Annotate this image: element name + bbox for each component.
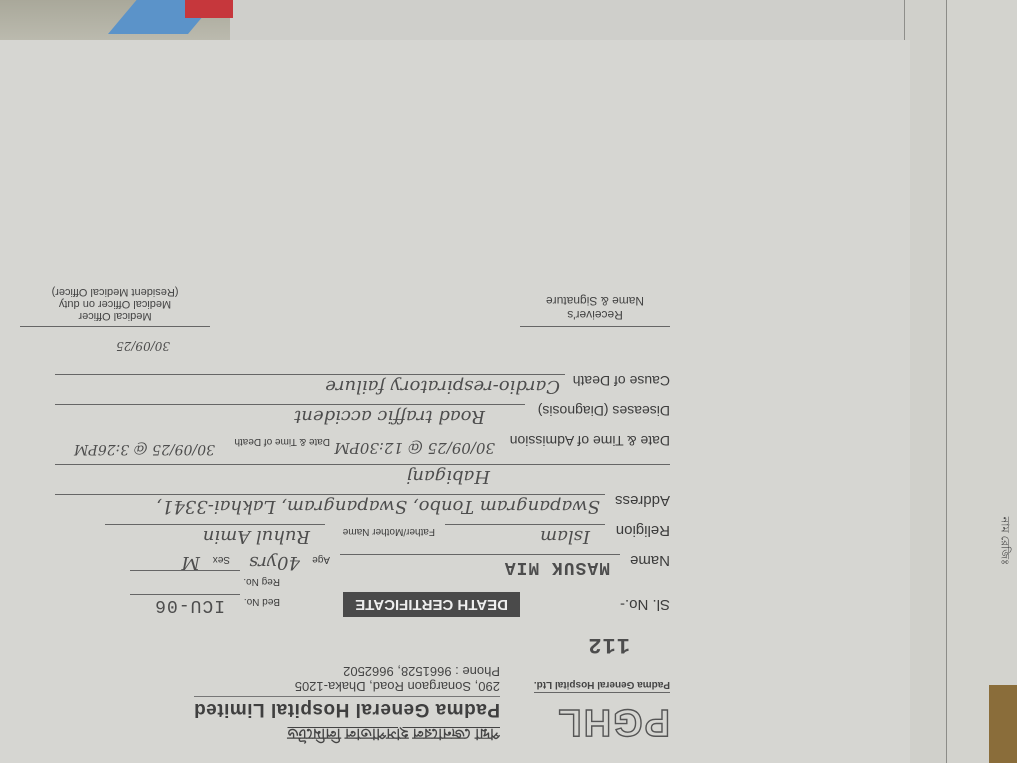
hospital-name-bangla: পদ্মা জেনারেল হাসপাতাল লিমিটেড [194,720,500,745]
serial-value: 112 [587,632,630,657]
address-line-2 [55,464,670,485]
receiver-name-signature-label: Name & Signature [520,294,670,308]
rotated-sheet: PGHL Padma General Hospital Ltd. পদ্মা জ… [0,40,910,763]
admission-label: Date & Time of Admission [510,433,670,449]
address-row: Address Swapangram Tonbo, Swapangram, La… [10,487,670,517]
address-label: Address [615,492,670,509]
logo-subtitle: Padma General Hospital Ltd. [534,679,670,693]
receiver-signature: Receiver's Name & Signature [520,294,670,327]
diagnosis-value: Road traffic accident [294,406,485,427]
death-time-label: Date & Time of Death [234,436,330,447]
diagnosis-row: Diseases (Diagnosis) Road traffic accide… [10,397,670,427]
sex-value: M [182,552,200,573]
reg-no-line [130,570,240,591]
medical-officer-signature: Medical Officer Medical Officer on duty … [20,286,210,327]
father-mother-value: Ruhul Amin [203,526,310,547]
death-certificate-paper: PGHL Padma General Hospital Ltd. পদ্মা জ… [0,40,910,763]
reg-no-label: Reg No. [243,576,280,587]
title-row: Sl. No.- DEATH CERTIFICATE Bed No. ICU-0… [10,577,670,617]
religion-value: Islam [540,526,590,547]
serial-label: Sl. No.- [620,596,670,613]
hospital-address: 290, Sonargaon Road, Dhaka-1205 [194,679,500,694]
cause-value: Cardio-respiratory failure [325,376,560,397]
hospital-info: পদ্মা জেনারেল হাসপাতাল লিমিটেড Padma Gen… [194,664,500,745]
father-mother-label: Father/Mother Name [343,526,435,537]
cause-label: Cause of Death [573,373,670,389]
name-value: MASUK MIA [504,557,610,577]
admission-row: Date & Time of Admission 30/09/25 @ 12:3… [10,427,670,457]
cause-row: Cause of Death Cardio-respiratory failur… [10,367,670,397]
bed-no-label: Bed No. [244,596,280,607]
officer-role: (Resident Medical Officer) [20,286,210,298]
name-row: Name MASUK MIA Reg No. Age 40yrs Sex M [10,547,670,577]
officer-signature-date: 30/09/25 [116,339,170,353]
certificate-title: DEATH CERTIFICATE [343,592,520,617]
death-time-value: 30/09/25 @ 3:26PM [74,441,215,457]
hospital-logo: PGHL [556,700,670,743]
stacked-paper-edge-right: নাম রেজিঃ [946,0,1017,763]
certificate-content: PGHL Padma General Hospital Ltd. পদ্মা জ… [10,257,670,751]
diagnosis-label: Diseases (Diagnosis) [538,403,670,419]
side-paper-label: নাম রেজিঃ [994,517,1013,565]
signature-row: Receiver's Name & Signature Medical Offi… [10,257,670,367]
admission-value: 30/09/25 @ 12:30PM [334,439,495,457]
receiver-label: Receiver's [520,308,670,322]
hospital-name: Padma General Hospital Limited [194,696,500,720]
age-label: Age [312,554,330,565]
wooden-table [989,685,1017,763]
serial-row: 112 [10,617,670,651]
religion-label: Religion [616,522,670,539]
hospital-phone: Phone : 9661528, 9662502 [194,664,500,679]
certificate-header: PGHL Padma General Hospital Ltd. পদ্মা জ… [10,651,670,751]
name-label: Name [630,552,670,569]
officer-duty: Medical Officer on duty [20,298,210,310]
stacked-paper-edge [904,0,947,763]
address-value-line1: Swapangram Tonbo, Swapangram, Lakhai-334… [156,496,600,517]
address-row-2: Habiganj [10,457,670,487]
religion-row: Religion Islam Father/Mother Name Ruhul … [10,517,670,547]
bed-no-value: ICU-06 [154,595,225,615]
sex-label: Sex [213,554,230,565]
address-value-line2: Habiganj [407,466,490,487]
age-value: 40yrs [249,552,300,573]
officer-title: Medical Officer [20,310,210,322]
red-paper-corner [185,0,233,18]
